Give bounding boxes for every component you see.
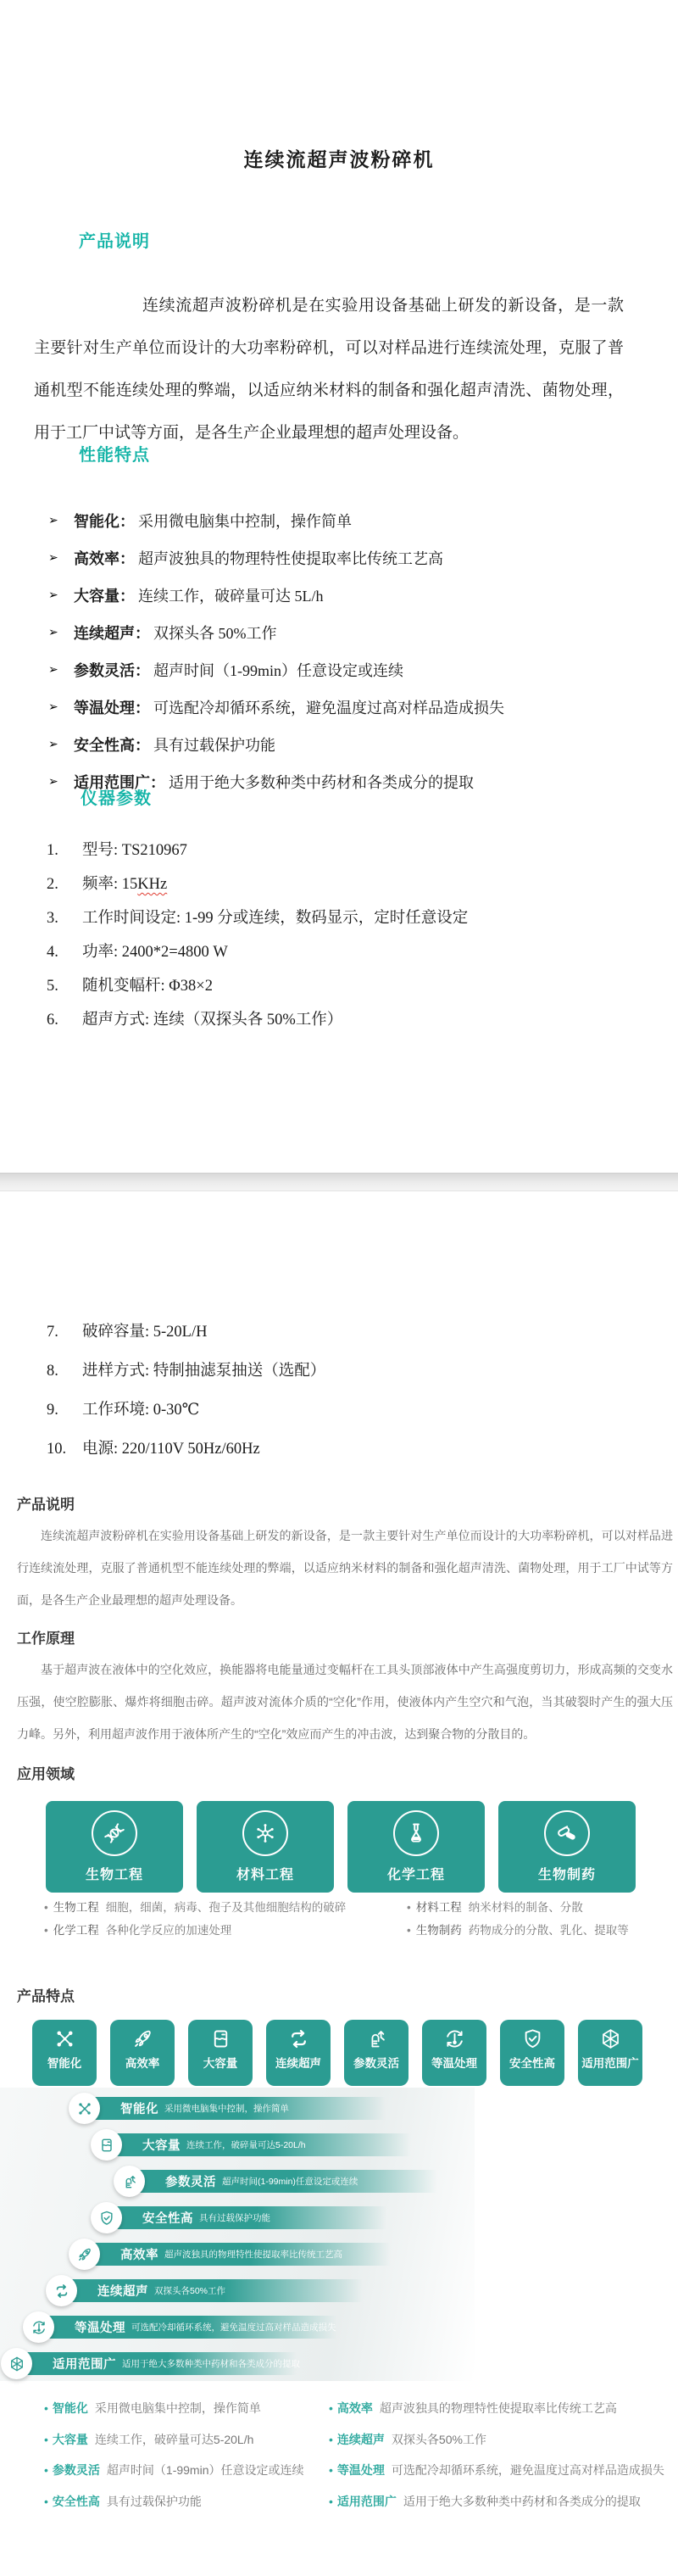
list-item: ➢安全性高：具有过载保护功能	[48, 726, 642, 763]
cube-icon	[599, 2027, 622, 2050]
list-item: ➢大容量：连续工作，破碎量可达 5L/h	[48, 577, 642, 614]
doc-product-desc-paragraph: 连续流超声波粉碎机是在实验用设备基础上研发的新设备，是一款主要针对生产单位而设计…	[34, 285, 624, 454]
tile-label: 大容量	[203, 2054, 238, 2071]
bullet-term: 生物工程	[53, 1901, 99, 1914]
feature-tile-continuous: 连续超声	[266, 2020, 331, 2086]
tile-label: 高效率	[125, 2054, 160, 2071]
list-item: 4.功率: 2400*2=4800 W	[47, 940, 648, 973]
feature-term: 连续超声：	[74, 622, 150, 644]
feature-desc: 双探头各 50%工作	[153, 622, 277, 644]
page-title: 连续流超声波粉碎机	[0, 144, 678, 172]
web-heading-working-principle: 工作原理	[17, 1626, 75, 1648]
list-item: 10.电源: 220/110V 50Hz/60Hz	[47, 1436, 648, 1475]
spellcheck-underlined-text: KHz	[137, 876, 167, 894]
param-text: 工作时间设定: 1-99 分或连续，数码显示，定时任意设定	[82, 906, 468, 928]
web-heading-product-features: 产品特点	[17, 1984, 75, 2005]
feature-term: 大容量：	[74, 584, 135, 606]
list-item: •材料工程纳米材料的制备、分散	[407, 1898, 583, 1915]
diagram-term: 等温处理	[75, 2318, 125, 2336]
arrow-bullet-icon: ➢	[48, 663, 74, 677]
list-item: ➢参数灵活：超声时间（1-99min）任意设定或连续	[48, 651, 642, 689]
bullet-desc: 超声波独具的物理特性使提取率比传统工艺高	[380, 2401, 617, 2415]
bullet-icon: •	[407, 1901, 411, 1914]
dna-icon	[92, 1810, 137, 1856]
bullet-term: 高效率	[337, 2401, 373, 2415]
web-working-principle-text: 基于超声波在液体中的空化效应，换能器将电能量通过变幅杆在工具头顶部液体中产生高强…	[17, 1653, 673, 1750]
bullet-icon: •	[329, 2495, 333, 2508]
list-item: ➢等温处理：可选配冷却循环系统，避免温度过高对样品造成损失	[48, 689, 642, 726]
feature-diagram-panel: 智能化采用微电脑集中控制，操作简单 大容量连续工作，破碎量可达5-20L/h 参…	[0, 2088, 475, 2381]
diagram-term: 高效率	[120, 2245, 158, 2263]
web-product-desc-text: 连续流超声波粉碎机在实验用设备基础上研发的新设备，是一款主要针对生产单位而设计的…	[17, 1519, 673, 1616]
diagram-desc: 超声波独具的物理特性使提取率比传统工艺高	[164, 2248, 342, 2261]
bullet-term: 等温处理	[337, 2463, 385, 2477]
item-number: 6.	[47, 1012, 82, 1029]
bullet-term: 材料工程	[416, 1901, 462, 1914]
list-item: •生物工程细胞，细菌，病毒、孢子及其他细胞结构的破碎	[44, 1898, 346, 1915]
bullet-term: 参数灵活	[53, 2463, 100, 2477]
diagram-desc: 具有过载保护功能	[199, 2211, 270, 2224]
molecule-icon	[242, 1810, 288, 1856]
list-item: 6.超声方式: 连续（双探头各 50%工作）	[47, 1007, 648, 1041]
list-item: •参数灵活超声时间（1-99min）任意设定或连续	[44, 2462, 304, 2478]
bullet-desc: 采用微电脑集中控制，操作简单	[95, 2401, 261, 2415]
list-item: •高效率超声波独具的物理特性使提取率比传统工艺高	[329, 2400, 617, 2417]
item-number: 3.	[47, 910, 82, 928]
list-item: 8.进样方式: 特制抽滤泵抽送（选配）	[47, 1358, 648, 1397]
card-label: 生物制药	[538, 1864, 596, 1883]
rocket-icon	[69, 2239, 100, 2270]
bullet-icon: •	[44, 1924, 48, 1937]
bullet-desc: 纳米材料的制备、分散	[469, 1901, 583, 1914]
arrow-bullet-icon: ➢	[48, 626, 74, 640]
feature-desc: 连续工作，破碎量可达 5L/h	[138, 584, 324, 606]
cycle-arrows-icon	[287, 2027, 310, 2050]
feature-tile-isothermal: 等温处理	[422, 2020, 486, 2086]
bullet-term: 智能化	[53, 2401, 88, 2415]
thermo-cycle-icon	[443, 2027, 466, 2050]
feature-tile-wide-range: 适用范围广	[578, 2020, 642, 2086]
diagram-term: 安全性高	[142, 2209, 193, 2227]
beaker-icon	[91, 2129, 122, 2161]
list-item: 3.工作时间设定: 1-99 分或连续，数码显示，定时任意设定	[47, 906, 648, 940]
list-item: •生物制药药物成分的分散、乳化、提取等	[407, 1921, 629, 1938]
rocket-icon	[131, 2027, 154, 2050]
bullet-icon: •	[44, 2433, 48, 2446]
shield-check-icon	[91, 2202, 122, 2233]
bullet-icon: •	[329, 2463, 333, 2477]
bullet-icon: •	[44, 1901, 48, 1914]
flask-icon	[393, 1810, 439, 1856]
diagram-desc: 连续工作，破碎量可达5-20L/h	[186, 2138, 306, 2151]
arrow-bullet-icon: ➢	[48, 700, 74, 715]
bullet-term: 生物制药	[416, 1924, 462, 1937]
param-text: 随机变幅杆: Φ38×2	[82, 973, 213, 995]
card-label: 材料工程	[236, 1864, 294, 1883]
list-item: •适用范围广适用于绝大多数种类中药材和各类成分的提取	[329, 2493, 641, 2510]
list-item: ➢连续超声：双探头各 50%工作	[48, 614, 642, 651]
param-text: 工作环境: 0-30℃	[82, 1397, 199, 1419]
arrow-bullet-icon: ➢	[48, 775, 74, 789]
application-card-biopharma: 生物制药	[498, 1801, 636, 1893]
arrow-bullet-icon: ➢	[48, 588, 74, 603]
diagram-term: 连续超声	[97, 2282, 148, 2300]
param-text: 超声方式: 连续（双探头各 50%工作）	[82, 1007, 342, 1029]
feature-tile-smart: 智能化	[32, 2020, 97, 2086]
param-text: 功率: 2400*2=4800 W	[82, 940, 228, 962]
diagram-desc: 超声时间(1-99min)任意设定或连续	[222, 2175, 358, 2188]
list-item: •连续超声双探头各50%工作	[329, 2431, 486, 2448]
bullet-icon: •	[329, 2433, 333, 2446]
cycle-arrows-icon	[46, 2275, 77, 2306]
bullet-desc: 连续工作，破碎量可达5-20L/h	[95, 2433, 253, 2446]
tile-label: 安全性高	[509, 2054, 555, 2071]
bullet-icon: •	[407, 1924, 411, 1937]
tile-label: 智能化	[47, 2054, 82, 2071]
diagram-term: 大容量	[142, 2136, 181, 2154]
bullet-desc: 双探头各50%工作	[392, 2433, 486, 2446]
item-number: 2.	[47, 876, 82, 894]
list-item: •大容量连续工作，破碎量可达5-20L/h	[44, 2431, 253, 2448]
feature-desc: 适用于绝大多数种类中药材和各类成分的提取	[169, 771, 474, 793]
item-number: 9.	[47, 1402, 82, 1419]
arrow-bullet-icon: ➢	[48, 551, 74, 566]
feature-term: 安全性高：	[74, 733, 150, 756]
feature-tile-safety: 安全性高	[500, 2020, 564, 2086]
tile-label: 等温处理	[431, 2054, 477, 2071]
doc-section-heading-features: 性能特点	[79, 441, 150, 466]
pump-arrow-icon	[114, 2166, 145, 2197]
bullet-term: 适用范围广	[337, 2495, 397, 2508]
bullet-desc: 药物成分的分散、乳化、提取等	[469, 1924, 629, 1937]
doc-param-list-page2: 7.破碎容量: 5-20L/H 8.进样方式: 特制抽滤泵抽送（选配） 9.工作…	[47, 1319, 648, 1475]
application-card-chemical: 化学工程	[347, 1801, 485, 1893]
feature-tile-flexible: 参数灵活	[344, 2020, 408, 2086]
feature-tile-efficiency: 高效率	[110, 2020, 175, 2086]
diagram-term: 参数灵活	[165, 2172, 216, 2190]
bullet-icon: •	[44, 2401, 48, 2415]
cube-icon	[1, 2348, 32, 2379]
doc-param-list-page1: 1.型号: TS210967 2.频率: 15 KHz 3.工作时间设定: 1-…	[47, 838, 648, 1041]
beaker-icon	[209, 2027, 232, 2050]
thermo-cycle-icon	[23, 2311, 54, 2343]
item-number: 10.	[47, 1441, 82, 1458]
shield-check-icon	[521, 2027, 544, 2050]
bullet-term: 连续超声	[337, 2433, 385, 2446]
feature-term: 等温处理：	[74, 696, 150, 718]
bullet-desc: 各种化学反应的加速处理	[106, 1924, 232, 1937]
application-card-materials: 材料工程	[197, 1801, 334, 1893]
list-item: •等温处理可选配冷却循环系统，避免温度过高对样品造成损失	[329, 2462, 664, 2478]
param-text: 频率: 15	[82, 872, 137, 894]
doc-feature-list: ➢智能化：采用微电脑集中控制，操作简单 ➢高效率：超声波独具的物理特性使提取率比…	[48, 502, 642, 800]
tile-label: 连续超声	[275, 2054, 321, 2071]
feature-desc: 具有过载保护功能	[153, 733, 275, 756]
network-icon	[69, 2093, 100, 2124]
tile-label: 参数灵活	[353, 2054, 399, 2071]
item-number: 7.	[47, 1324, 82, 1341]
list-item: 9.工作环境: 0-30℃	[47, 1397, 648, 1436]
bullet-icon: •	[329, 2401, 333, 2415]
tile-label: 适用范围广	[581, 2054, 639, 2071]
feature-desc: 可选配冷却循环系统，避免温度过高对样品造成损失	[153, 696, 504, 718]
feature-term: 高效率：	[74, 547, 135, 569]
feature-desc: 超声波独具的物理特性使提取率比传统工艺高	[138, 547, 443, 569]
item-number: 8.	[47, 1363, 82, 1380]
arrow-bullet-icon: ➢	[48, 738, 74, 752]
pills-icon	[544, 1810, 590, 1856]
diagram-desc: 可选配冷却循环系统，避免温度过高对样品造成损失	[131, 2321, 336, 2333]
feature-tile-capacity: 大容量	[188, 2020, 253, 2086]
diagram-desc: 采用微电脑集中控制，操作简单	[164, 2102, 289, 2115]
arrow-bullet-icon: ➢	[48, 514, 74, 528]
list-item: ➢智能化：采用微电脑集中控制，操作简单	[48, 502, 642, 539]
web-heading-product-desc: 产品说明	[17, 1492, 75, 1514]
feature-term: 参数灵活：	[74, 659, 150, 681]
diagram-term: 适用范围广	[53, 2355, 116, 2372]
network-icon	[53, 2027, 76, 2050]
list-item: 1.型号: TS210967	[47, 838, 648, 872]
feature-desc: 采用微电脑集中控制，操作简单	[138, 510, 352, 532]
application-card-bioengineering: 生物工程	[46, 1801, 183, 1893]
bullet-desc: 可选配冷却循环系统，避免温度过高对样品造成损失	[392, 2463, 664, 2477]
card-label: 生物工程	[86, 1864, 143, 1883]
web-heading-application-fields: 应用领域	[17, 1762, 75, 1783]
bullet-term: 安全性高	[53, 2495, 100, 2508]
feature-term: 智能化：	[74, 510, 135, 532]
bullet-icon: •	[44, 2495, 48, 2508]
bullet-desc: 细胞，细菌，病毒、孢子及其他细胞结构的破碎	[106, 1901, 347, 1914]
bullet-term: 化学工程	[53, 1924, 99, 1937]
item-number: 4.	[47, 944, 82, 962]
bullet-desc: 超声时间（1-99min）任意设定或连续	[107, 2463, 304, 2477]
list-item: •智能化采用微电脑集中控制，操作简单	[44, 2400, 261, 2417]
item-number: 5.	[47, 978, 82, 995]
card-label: 化学工程	[387, 1864, 445, 1883]
doc-section-heading-params: 仪器参数	[81, 784, 152, 809]
list-item: 5.随机变幅杆: Φ38×2	[47, 973, 648, 1007]
diagram-term: 智能化	[120, 2099, 158, 2117]
list-item: ➢高效率：超声波独具的物理特性使提取率比传统工艺高	[48, 539, 642, 577]
param-text: 破碎容量: 5-20L/H	[82, 1319, 207, 1341]
list-item: •安全性高具有过载保护功能	[44, 2493, 202, 2510]
bullet-desc: 适用于绝大多数种类中药材和各类成分的提取	[403, 2495, 641, 2508]
bullet-term: 大容量	[53, 2433, 88, 2446]
diagram-desc: 适用于绝大多数种类中药材和各类成分的提取	[122, 2357, 300, 2370]
param-text: 进样方式: 特制抽滤泵抽送（选配）	[82, 1358, 325, 1380]
list-item: 2.频率: 15 KHz	[47, 872, 648, 906]
list-item: •化学工程各种化学反应的加速处理	[44, 1921, 231, 1938]
doc-section-heading-product-desc: 产品说明	[79, 227, 150, 252]
diagram-desc: 双探头各50%工作	[154, 2284, 225, 2297]
bullet-desc: 具有过载保护功能	[107, 2495, 202, 2508]
list-item: 7.破碎容量: 5-20L/H	[47, 1319, 648, 1358]
bullet-icon: •	[44, 2463, 48, 2477]
feature-desc: 超声时间（1-99min）任意设定或连续	[153, 659, 403, 681]
item-number: 1.	[47, 842, 82, 860]
pump-arrow-icon	[365, 2027, 388, 2050]
param-text: 型号: TS210967	[82, 838, 187, 860]
param-text: 电源: 220/110V 50Hz/60Hz	[82, 1436, 260, 1458]
page-break-divider	[0, 1173, 678, 1191]
